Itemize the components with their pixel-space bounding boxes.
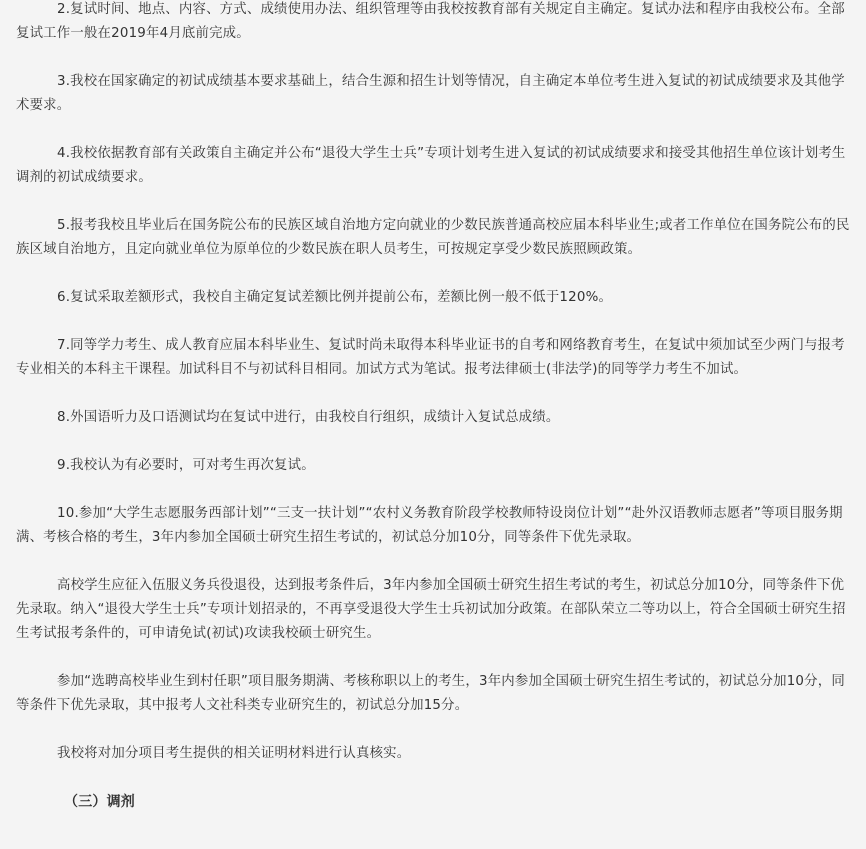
paragraph-item-9: 9.我校认为有必要时，可对考生再次复试。 <box>16 454 850 478</box>
paragraph-village-official-bonus: 参加“选聘高校毕业生到村任职”项目服务期满、考核称职以上的考生，3年内参加全国硕… <box>16 670 850 718</box>
paragraph-item-3: 3.我校在国家确定的初试成绩基本要求基础上，结合生源和招生计划等情况，自主确定本… <box>16 70 850 118</box>
paragraph-veteran-bonus: 高校学生应征入伍服义务兵役退役，达到报考条件后，3年内参加全国硕士研究生招生考试… <box>16 574 850 646</box>
paragraph-item-4: 4.我校依据教育部有关政策自主确定并公布“退役大学生士兵”专项计划考生进入复试的… <box>16 142 850 190</box>
paragraph-item-6: 6.复试采取差额形式，我校自主确定复试差额比例并提前公布，差额比例一般不低于12… <box>16 286 850 310</box>
article-body: 2.复试时间、地点、内容、方式、成绩使用办法、组织管理等由我校按教育部有关规定自… <box>16 0 850 814</box>
section-heading-adjustment: （三）调剂 <box>16 790 850 814</box>
paragraph-verification: 我校将对加分项目考生提供的相关证明材料进行认真核实。 <box>16 742 850 766</box>
paragraph-item-5: 5.报考我校且毕业后在国务院公布的民族区域自治地方定向就业的少数民族普通高校应届… <box>16 214 850 262</box>
paragraph-item-10: 10.参加“大学生志愿服务西部计划”“三支一扶计划”“农村义务教育阶段学校教师特… <box>16 502 850 550</box>
paragraph-item-7: 7.同等学力考生、成人教育应届本科毕业生、复试时尚未取得本科毕业证书的自考和网络… <box>16 334 850 382</box>
paragraph-item-2: 2.复试时间、地点、内容、方式、成绩使用办法、组织管理等由我校按教育部有关规定自… <box>16 0 850 46</box>
paragraph-item-8: 8.外国语听力及口语测试均在复试中进行，由我校自行组织，成绩计入复试总成绩。 <box>16 406 850 430</box>
